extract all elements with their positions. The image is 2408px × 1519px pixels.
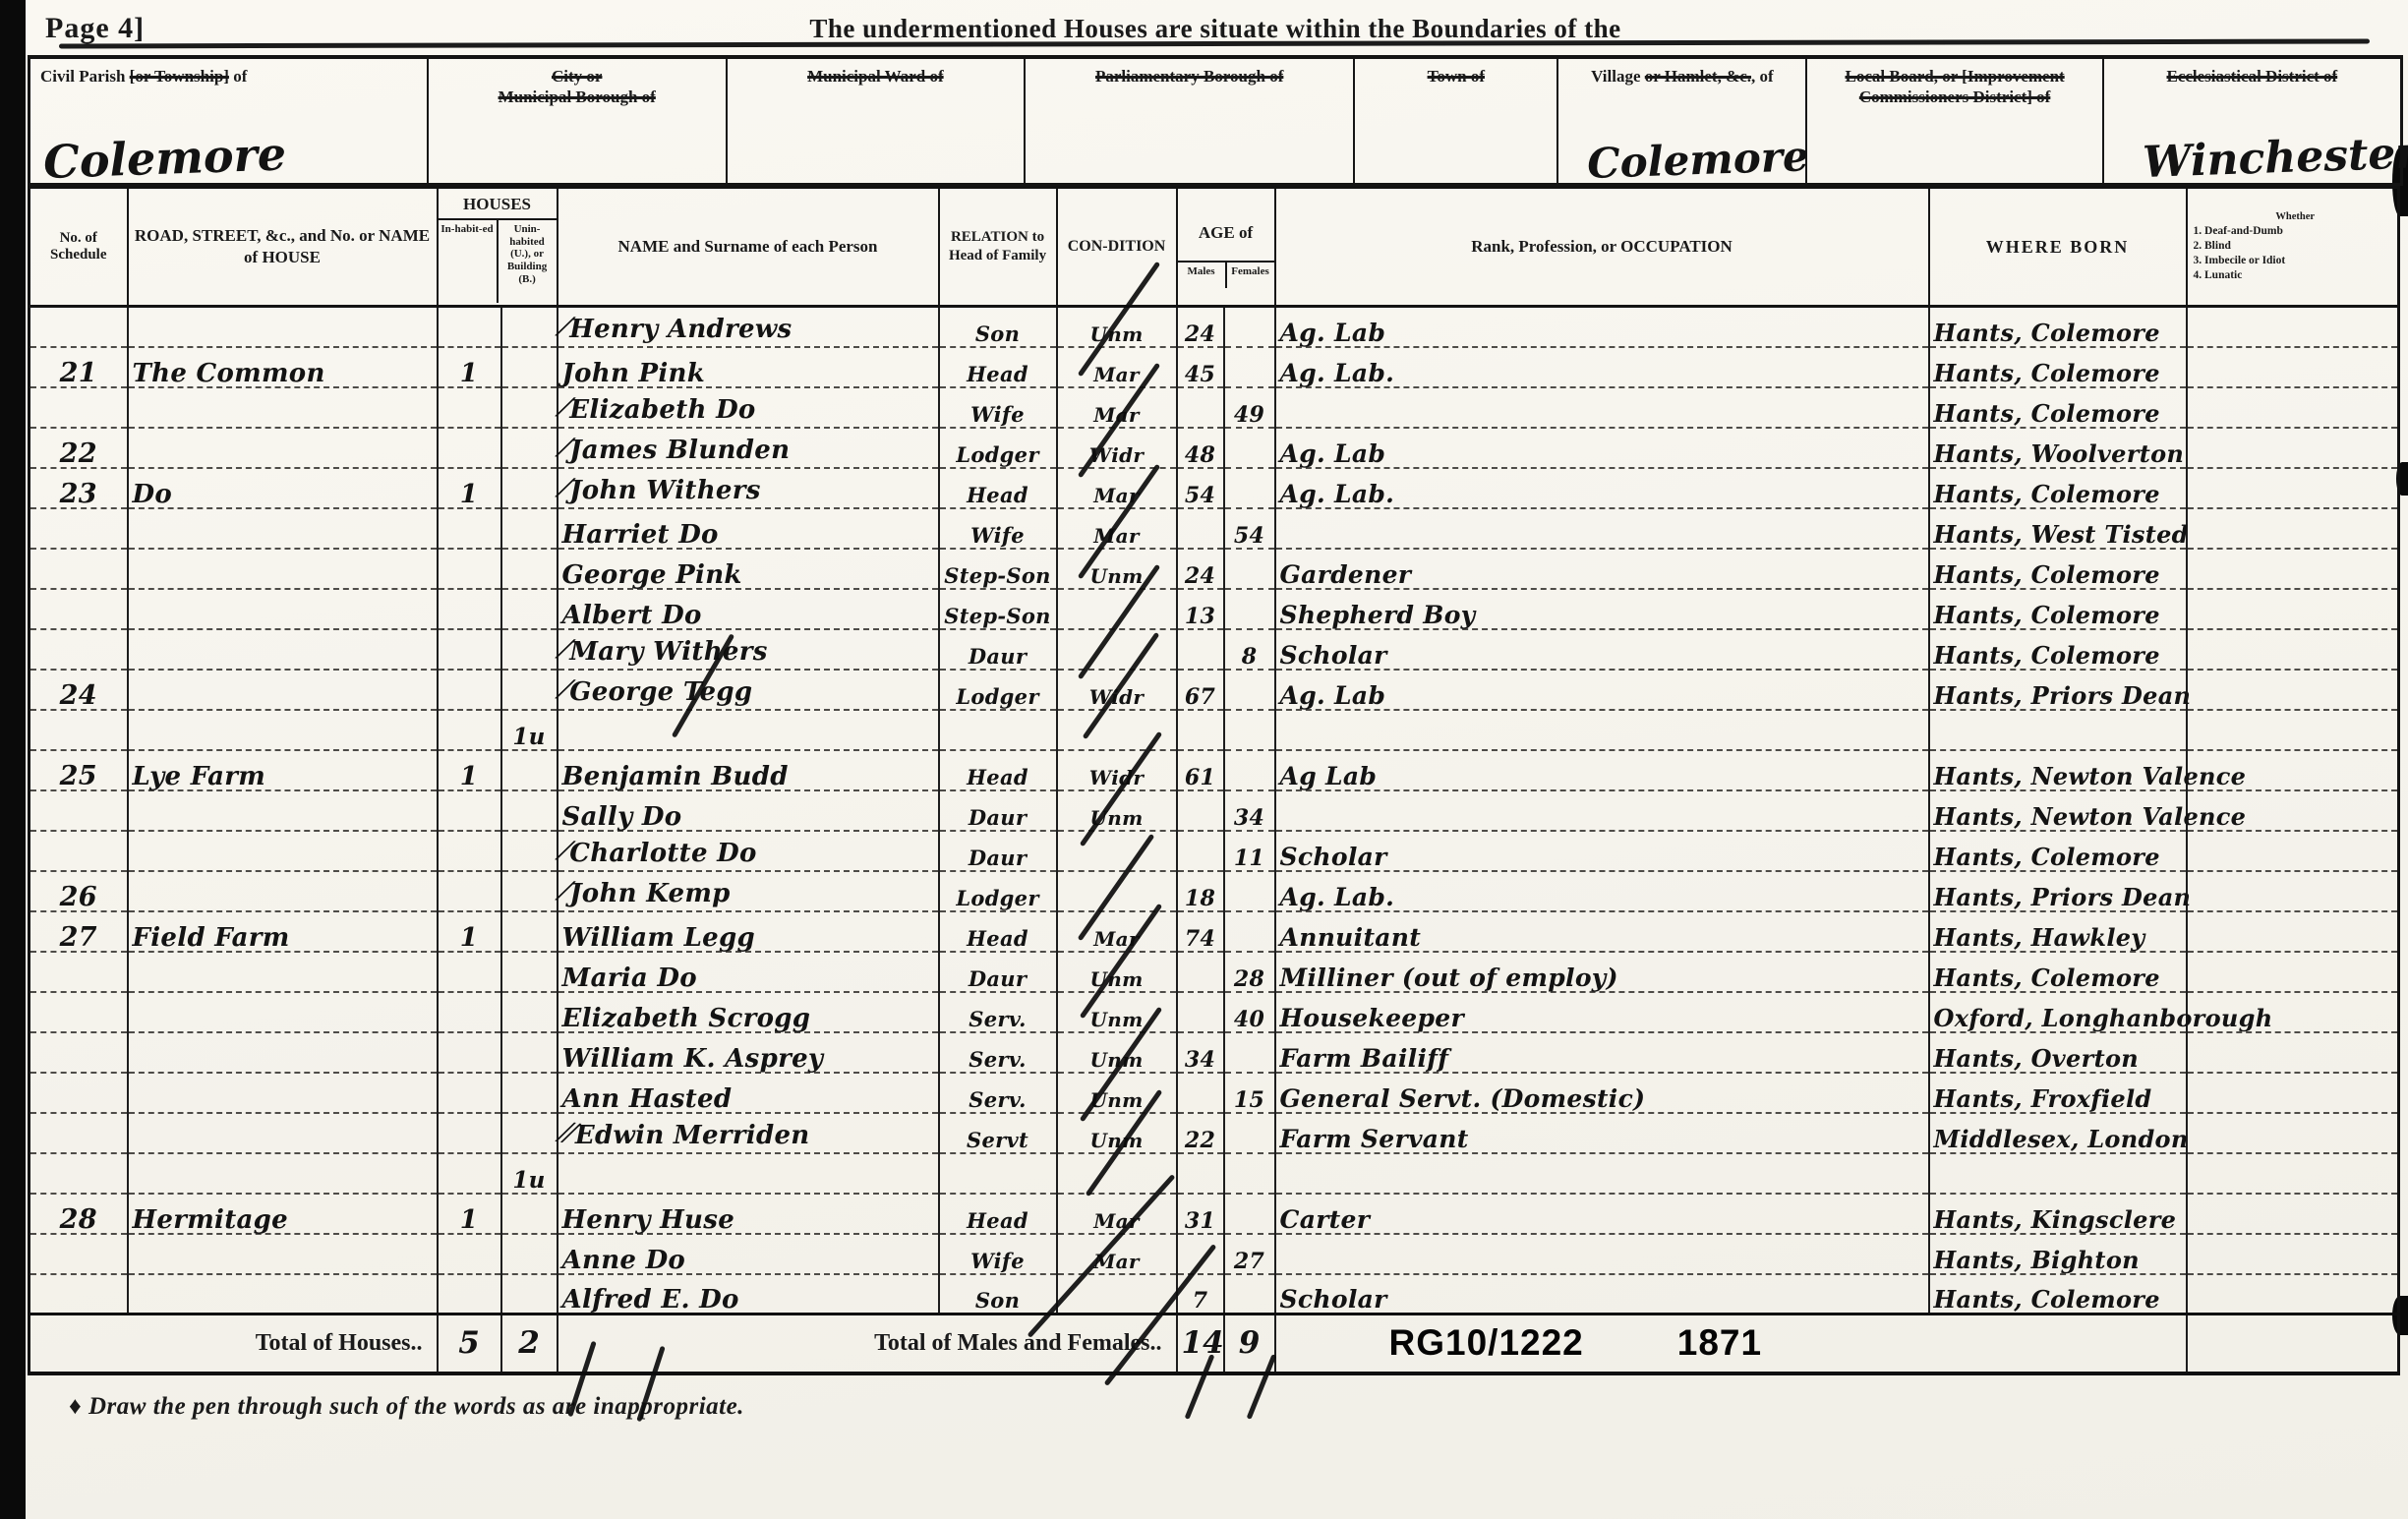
name-cell: ∕∕Edwin Merriden: [558, 1113, 939, 1153]
address-cell: [128, 307, 438, 347]
handwritten-text: Mary Withers: [569, 637, 768, 667]
handwritten-text: Shepherd Boy: [1280, 601, 1476, 629]
boundary-civil-parish: Civil Parish [or Township] ofColemore: [30, 59, 429, 183]
handwritten-text: Sally Do: [562, 802, 682, 832]
handwritten-text: Farm Servant: [1280, 1125, 1469, 1153]
boundaries-row: Civil Parish [or Township] ofColemoreCit…: [28, 55, 2403, 186]
handwritten-text: 21: [60, 358, 97, 388]
name-cell: William Legg: [558, 911, 939, 952]
schedule-cell: [29, 508, 128, 549]
boundary-village: Village or Hamlet, &c., ofColemore: [1558, 59, 1807, 183]
occupation-cell: Ag. Lab: [1275, 670, 1929, 710]
handwritten-text: 61: [1185, 765, 1215, 790]
disability-line: Whether: [2194, 210, 2398, 224]
handwritten-text: 27: [60, 922, 97, 953]
census-page-scan: Page 4] The undermentioned Houses are si…: [0, 0, 2408, 1519]
total-houses-label: Total of Houses..: [29, 1315, 438, 1373]
disability-line: 1. Deaf-and-Dumb: [2194, 224, 2398, 239]
relation-cell: Daur: [939, 629, 1057, 670]
disability-cell: [2187, 1194, 2399, 1234]
age-female-cell: [1224, 710, 1275, 750]
schedule-cell: 28: [29, 1194, 128, 1234]
inhabited-cell: 1: [438, 1194, 501, 1234]
schedule-cell: [29, 790, 128, 831]
name-cell: ∕Henry Andrews: [558, 307, 939, 347]
birthplace-cell: Hants, Hawkley: [1929, 911, 2187, 952]
condition-cell: Mar: [1057, 468, 1177, 508]
name-cell: John Pink: [558, 347, 939, 387]
inhabited-cell: [438, 992, 501, 1032]
disability-cell: [2187, 710, 2399, 750]
age-male-cell: [1177, 629, 1224, 670]
handwritten-text: Hants, Colemore: [1934, 964, 2160, 992]
age-male-cell: 67: [1177, 670, 1224, 710]
handwritten-text: William Legg: [562, 923, 755, 953]
disability-cell: [2187, 1073, 2399, 1113]
boundary-label: City orMunicipal Borough of: [429, 66, 726, 108]
total-males-value: 14: [1177, 1315, 1224, 1373]
handwritten-text: Ag. Lab: [1280, 681, 1386, 710]
age-male-cell: [1177, 710, 1224, 750]
birthplace-cell: Hants, West Tisted: [1929, 508, 2187, 549]
inhabited-cell: [438, 1073, 501, 1113]
handwritten-text: Lodger: [956, 886, 1038, 910]
person-row: Alfred E. DoSon7ScholarHants, Colemore: [29, 1274, 2399, 1315]
occupation-cell: Scholar: [1275, 1274, 1929, 1315]
occupation-cell: Ag. Lab: [1275, 307, 1929, 347]
birthplace-cell: [1929, 710, 2187, 750]
schedule-cell: 25: [29, 750, 128, 790]
uninhabited-cell: [501, 347, 558, 387]
schedule-cell: [29, 549, 128, 589]
totals-disability-cell: [2187, 1315, 2399, 1373]
boundary-label: Town of: [1355, 66, 1556, 87]
name-cell: Maria Do: [558, 952, 939, 992]
age-male-cell: 48: [1177, 428, 1224, 468]
disability-cell: [2187, 347, 2399, 387]
handwritten-text: 24: [1185, 321, 1215, 347]
handwritten-text: Oxford, Longhanborough: [1934, 1004, 2273, 1032]
relation-cell: Wife: [939, 508, 1057, 549]
handwritten-text: Harriet Do: [562, 520, 719, 550]
handwritten-text: 25: [60, 761, 97, 791]
relation-cell: Lodger: [939, 428, 1057, 468]
inhabited-cell: 1: [438, 468, 501, 508]
handwritten-text: Farm Bailiff: [1280, 1044, 1449, 1073]
handwritten-text: Lye Farm: [133, 762, 266, 791]
handwritten-text: Benjamin Budd: [562, 762, 789, 791]
relation-cell: Serv.: [939, 992, 1057, 1032]
age-female-cell: [1224, 307, 1275, 347]
handwritten-text: 15: [1234, 1087, 1264, 1113]
handwritten-text: Henry Huse: [562, 1205, 735, 1235]
age-female-cell: 15: [1224, 1073, 1275, 1113]
handwritten-text: Serv.: [969, 1087, 1027, 1112]
age-male-cell: [1177, 387, 1224, 428]
relation-cell: [939, 710, 1057, 750]
address-cell: [128, 387, 438, 428]
uninhabited-cell: [501, 508, 558, 549]
age-male-cell: 13: [1177, 589, 1224, 629]
relation-cell: Daur: [939, 831, 1057, 871]
age-male-cell: 24: [1177, 549, 1224, 589]
inhabited-cell: [438, 1032, 501, 1073]
archive-stamp: RG10/12221871: [1275, 1315, 2187, 1373]
address-cell: [128, 508, 438, 549]
handwritten-text: Daur: [969, 805, 1027, 830]
age-female-cell: [1224, 1032, 1275, 1073]
name-cell: ∕George Tegg: [558, 670, 939, 710]
age-male-cell: 34: [1177, 1032, 1224, 1073]
inhabited-cell: [438, 629, 501, 670]
handwritten-text: Hants, Bighton: [1934, 1246, 2140, 1274]
person-row: 21The Common1John PinkHeadMar45Ag. Lab.H…: [29, 347, 2399, 387]
person-row: Elizabeth ScroggServ.Unm40HousekeeperOxf…: [29, 992, 2399, 1032]
address-cell: [128, 1032, 438, 1073]
relation-cell: Serv.: [939, 1032, 1057, 1073]
handwritten-text: Hants, Colemore: [1934, 641, 2160, 670]
handwritten-text: Anne Do: [562, 1246, 686, 1275]
schedule-cell: [29, 589, 128, 629]
uninhabited-cell: 1u: [501, 1153, 558, 1194]
table-wrap: No. of Schedule ROAD, STREET, &c., and N…: [28, 186, 2403, 1375]
schedule-cell: [29, 307, 128, 347]
occupation-cell: [1275, 387, 1929, 428]
birthplace-cell: Hants, Colemore: [1929, 387, 2187, 428]
address-cell: [128, 831, 438, 871]
schedule-cell: [29, 1274, 128, 1315]
handwritten-text: Hants, Colemore: [1934, 1285, 2160, 1314]
person-row: Harriet DoWifeMar54Hants, West Tisted: [29, 508, 2399, 549]
occupation-cell: Gardener: [1275, 549, 1929, 589]
birthplace-cell: Hants, Priors Dean: [1929, 670, 2187, 710]
form-header: Page 4] The undermentioned Houses are si…: [28, 0, 2403, 55]
inhabited-cell: [438, 871, 501, 911]
relation-cell: Son: [939, 307, 1057, 347]
handwritten-text: Ag Lab: [1280, 762, 1378, 790]
handwritten-text: 8: [1242, 644, 1258, 670]
uninhabited-cell: [501, 1073, 558, 1113]
condition-cell: Mar: [1057, 911, 1177, 952]
age-female-cell: 49: [1224, 387, 1275, 428]
handwritten-text: Ag. Lab: [1280, 439, 1386, 468]
disability-cell: [2187, 1274, 2399, 1315]
schedule-cell: [29, 1153, 128, 1194]
person-row: 24∕George TeggLodgerWidr67Ag. LabHants, …: [29, 670, 2399, 710]
schedule-cell: 26: [29, 871, 128, 911]
disability-cell: [2187, 468, 2399, 508]
handwritten-text: 40: [1234, 1007, 1264, 1032]
name-cell: ∕Mary Withers: [558, 629, 939, 670]
uninhabited-cell: [501, 831, 558, 871]
totals-row: Total of Houses.. 5 2 Total of Males and…: [29, 1315, 2399, 1373]
address-cell: [128, 871, 438, 911]
age-female-cell: [1224, 549, 1275, 589]
handwritten-text: Hermitage: [133, 1205, 288, 1235]
handwritten-text: 54: [1234, 523, 1264, 549]
occupation-cell: Scholar: [1275, 831, 1929, 871]
handwritten-text: Albert Do: [562, 601, 702, 630]
schedule-cell: 21: [29, 347, 128, 387]
condition-cell: [1057, 710, 1177, 750]
boundary-label: Civil Parish [or Township] of: [30, 66, 427, 87]
occupation-cell: [1275, 508, 1929, 549]
handwritten-text: 24: [1185, 563, 1215, 589]
inhabited-cell: [438, 1153, 501, 1194]
handwritten-text: Serv.: [969, 1007, 1027, 1031]
handwritten-text: Head: [967, 483, 1028, 507]
name-cell: Albert Do: [558, 589, 939, 629]
column-header-row: No. of Schedule ROAD, STREET, &c., and N…: [29, 188, 2399, 307]
handwritten-text: Ag. Lab.: [1280, 883, 1395, 911]
name-cell: Sally Do: [558, 790, 939, 831]
occupation-cell: Ag Lab: [1275, 750, 1929, 790]
col-header-road: ROAD, STREET, &c., and No. or NAME of HO…: [128, 188, 438, 307]
occupation-cell: Housekeeper: [1275, 992, 1929, 1032]
address-cell: [128, 1274, 438, 1315]
handwritten-text: 28: [1234, 966, 1264, 992]
handwritten-text: Hants, Woolverton: [1934, 439, 2185, 468]
uninhabited-cell: 1u: [501, 710, 558, 750]
person-row: 26∕John KempLodger18Ag. Lab.Hants, Prior…: [29, 871, 2399, 911]
census-table: No. of Schedule ROAD, STREET, &c., and N…: [28, 186, 2400, 1375]
handwritten-text: Serv.: [969, 1047, 1027, 1072]
age-female-cell: 54: [1224, 508, 1275, 549]
handwritten-text: 27: [1234, 1249, 1264, 1274]
handwritten-text: Step-Son: [944, 604, 1050, 628]
schedule-cell: [29, 992, 128, 1032]
person-row: 1u: [29, 1153, 2399, 1194]
birthplace-cell: Hants, Colemore: [1929, 468, 2187, 508]
handwritten-text: Lodger: [956, 684, 1038, 709]
person-row: 27Field Farm1William LeggHeadMar74Annuit…: [29, 911, 2399, 952]
handwritten-text: 11: [1234, 846, 1264, 871]
handwritten-text: Hants, Colemore: [1934, 560, 2160, 589]
name-cell: Henry Huse: [558, 1194, 939, 1234]
handwritten-text: 24: [60, 680, 97, 711]
birthplace-cell: Hants, Colemore: [1929, 307, 2187, 347]
person-row: ∕Elizabeth DoWifeMar49Hants, Colemore: [29, 387, 2399, 428]
relation-cell: Serv.: [939, 1073, 1057, 1113]
name-cell: ∕James Blunden: [558, 428, 939, 468]
person-row: 23Do1∕John WithersHeadMar54Ag. Lab.Hants…: [29, 468, 2399, 508]
name-cell: [558, 1153, 939, 1194]
disability-cell: [2187, 629, 2399, 670]
handwritten-text: Hants, Priors Dean: [1934, 883, 2192, 911]
boundary-label: Ecclesiastical District of: [2104, 66, 2400, 87]
person-row: George PinkStep-SonUnm24GardenerHants, C…: [29, 549, 2399, 589]
handwritten-text: Hants, West Tisted: [1934, 520, 2189, 549]
inhabited-cell: [438, 1113, 501, 1153]
inhabited-cell: [438, 952, 501, 992]
handwritten-text: 31: [1185, 1208, 1215, 1234]
handwritten-text: 54: [1185, 483, 1215, 508]
handwritten-text: 1u: [512, 1167, 545, 1194]
handwritten-text: General Servt. (Domestic): [1280, 1084, 1646, 1113]
handwritten-text: 13: [1185, 604, 1215, 629]
col-header-houses: HOUSES In-habit-ed Unin-habited (U.), or…: [438, 188, 558, 307]
handwritten-text: 34: [1234, 805, 1264, 831]
condition-cell: Unm: [1057, 1113, 1177, 1153]
age-female-cell: [1224, 428, 1275, 468]
handwritten-text: Daur: [969, 846, 1027, 870]
relation-cell: Step-Son: [939, 549, 1057, 589]
boundary-ecclesiastical-district: Ecclesiastical District ofWinchester: [2104, 59, 2400, 183]
relation-cell: Daur: [939, 952, 1057, 992]
uninhabited-cell: [501, 428, 558, 468]
col-header-born: WHERE BORN: [1929, 188, 2187, 307]
handwritten-text: 28: [60, 1204, 97, 1235]
condition-cell: [1057, 831, 1177, 871]
handwritten-text: Wife: [970, 523, 1025, 548]
address-cell: Lye Farm: [128, 750, 438, 790]
handwritten-text: Hants, Colemore: [1934, 399, 2160, 428]
handwritten-text: Charlotte Do: [569, 839, 756, 868]
age-female-cell: 11: [1224, 831, 1275, 871]
uninhabited-cell: [501, 1274, 558, 1315]
handwritten-text: 23: [60, 479, 97, 509]
person-row: 25Lye Farm1Benjamin BuddHeadWidr61Ag Lab…: [29, 750, 2399, 790]
disability-cell: [2187, 589, 2399, 629]
inhabited-cell: [438, 670, 501, 710]
address-cell: [128, 1234, 438, 1274]
uninhabited-cell: [501, 307, 558, 347]
birthplace-cell: Hants, Kingsclere: [1929, 1194, 2187, 1234]
age-male-cell: [1177, 1073, 1224, 1113]
handwritten-text: The Common: [133, 359, 325, 388]
occupation-cell: [1275, 790, 1929, 831]
birthplace-cell: Hants, Newton Valence: [1929, 750, 2187, 790]
condition-cell: Widr: [1057, 428, 1177, 468]
handwritten-text: Hants, Kingsclere: [1934, 1205, 2177, 1234]
handwritten-text: Ag. Lab.: [1280, 359, 1395, 387]
col-header-males: Males: [1178, 263, 1225, 288]
col-header-age: AGE of Males Females: [1177, 188, 1275, 307]
handwritten-text: John Withers: [569, 476, 761, 505]
disability-cell: [2187, 1234, 2399, 1274]
handwritten-text: Scholar: [1280, 641, 1387, 670]
birthplace-cell: Hants, Bighton: [1929, 1234, 2187, 1274]
birthplace-cell: Middlesex, London: [1929, 1113, 2187, 1153]
address-cell: [128, 629, 438, 670]
col-header-occupation: Rank, Profession, or OCCUPATION: [1275, 188, 1929, 307]
age-group-title: AGE of: [1178, 219, 1274, 243]
disability-cell: [2187, 1153, 2399, 1194]
age-female-cell: [1224, 750, 1275, 790]
age-male-cell: [1177, 508, 1224, 549]
col-header-disability: Whether 1. Deaf-and-Dumb 2. Blind 3. Imb…: [2187, 188, 2399, 307]
disability-cell: [2187, 428, 2399, 468]
inhabited-cell: [438, 790, 501, 831]
boundary-label: Municipal Ward of: [728, 66, 1025, 87]
houses-group-title: HOUSES: [439, 191, 557, 214]
handwritten-text: Hants, Colemore: [1934, 480, 2160, 508]
disability-cell: [2187, 911, 2399, 952]
condition-cell: Mar: [1057, 1194, 1177, 1234]
boundary-label: Local Board, or [ImprovementCommissioner…: [1807, 66, 2101, 108]
name-cell: ∕Charlotte Do: [558, 831, 939, 871]
relation-cell: Lodger: [939, 871, 1057, 911]
handwritten-text: Wife: [970, 1249, 1025, 1273]
handwritten-text: 34: [1185, 1047, 1215, 1073]
uninhabited-cell: [501, 1234, 558, 1274]
handwritten-text: Annuitant: [1280, 923, 1422, 952]
relation-cell: Head: [939, 911, 1057, 952]
occupation-cell: [1275, 710, 1929, 750]
uninhabited-cell: [501, 871, 558, 911]
name-cell: Benjamin Budd: [558, 750, 939, 790]
relation-cell: Wife: [939, 1234, 1057, 1274]
person-row: Ann HastedServ.Unm15General Servt. (Dome…: [29, 1073, 2399, 1113]
handwritten-text: Lodger: [956, 442, 1038, 467]
uninhabited-cell: [501, 790, 558, 831]
handwritten-text: 7: [1193, 1288, 1208, 1314]
address-cell: [128, 1113, 438, 1153]
handwritten-text: Middlesex, London: [1934, 1125, 2189, 1153]
relation-cell: Daur: [939, 790, 1057, 831]
scan-edge-left: [0, 0, 26, 1519]
birthplace-cell: Oxford, Longhanborough: [1929, 992, 2187, 1032]
name-cell: Elizabeth Scrogg: [558, 992, 939, 1032]
disability-cell: [2187, 831, 2399, 871]
relation-cell: Head: [939, 750, 1057, 790]
stamp-year: 1871: [1677, 1322, 1762, 1363]
age-male-cell: 54: [1177, 468, 1224, 508]
address-cell: [128, 710, 438, 750]
address-cell: [128, 589, 438, 629]
schedule-cell: [29, 952, 128, 992]
age-male-cell: 74: [1177, 911, 1224, 952]
col-header-inhabited: In-habit-ed: [439, 220, 497, 303]
age-female-cell: 27: [1224, 1234, 1275, 1274]
birthplace-cell: Hants, Colemore: [1929, 549, 2187, 589]
schedule-cell: [29, 387, 128, 428]
handwritten-text: Henry Andrews: [569, 315, 792, 344]
uninhabited-cell: [501, 629, 558, 670]
inhabited-cell: [438, 549, 501, 589]
occupation-cell: Ag. Lab.: [1275, 347, 1929, 387]
total-uninhabited-value: 2: [501, 1315, 558, 1373]
relation-cell: Son: [939, 1274, 1057, 1315]
address-cell: Hermitage: [128, 1194, 438, 1234]
age-female-cell: 28: [1224, 952, 1275, 992]
occupation-cell: Ag. Lab: [1275, 428, 1929, 468]
age-female-cell: [1224, 468, 1275, 508]
schedule-cell: [29, 710, 128, 750]
name-cell: ∕Elizabeth Do: [558, 387, 939, 428]
disability-cell: [2187, 387, 2399, 428]
uninhabited-cell: [501, 911, 558, 952]
condition-cell: Widr: [1057, 750, 1177, 790]
footnote: ♦ Draw the pen through such of the words…: [69, 1393, 2403, 1421]
uninhabited-cell: [501, 750, 558, 790]
birthplace-cell: Hants, Colemore: [1929, 831, 2187, 871]
inhabited-cell: [438, 428, 501, 468]
name-cell: Anne Do: [558, 1234, 939, 1274]
address-cell: Do: [128, 468, 438, 508]
col-header-schedule: No. of Schedule: [29, 188, 128, 307]
age-male-cell: [1177, 952, 1224, 992]
person-row: 22∕James BlundenLodgerWidr48Ag. LabHants…: [29, 428, 2399, 468]
relation-cell: Step-Son: [939, 589, 1057, 629]
handwritten-text: Head: [967, 765, 1028, 789]
address-cell: [128, 1073, 438, 1113]
occupation-cell: [1275, 1153, 1929, 1194]
occupation-cell: Farm Servant: [1275, 1113, 1929, 1153]
name-cell: Alfred E. Do: [558, 1274, 939, 1315]
col-header-relation: RELATION to Head of Family: [939, 188, 1057, 307]
schedule-cell: 27: [29, 911, 128, 952]
